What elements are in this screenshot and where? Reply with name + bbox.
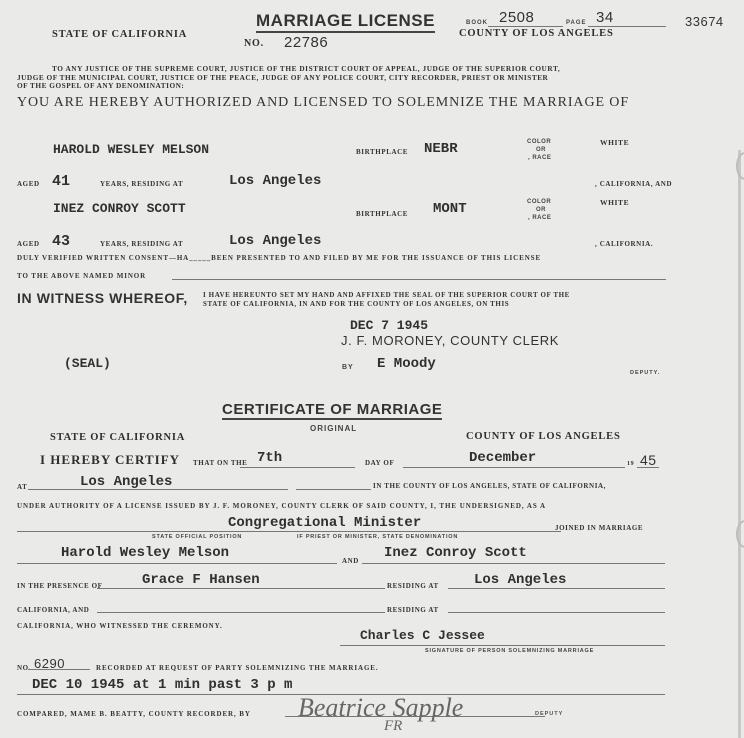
witness-heading: IN WITNESS WHEREOF,: [17, 290, 188, 306]
book-label: BOOK: [466, 20, 488, 26]
marriage-place: Los Angeles: [80, 474, 172, 490]
by-label: BY: [342, 364, 354, 371]
deputy-handwritten-signature: Beatrice Sapple: [298, 693, 463, 723]
authorization-text: YOU ARE HEREBY AUTHORIZED AND LICENSED T…: [17, 95, 629, 111]
groom-aged-label: AGED: [17, 180, 40, 188]
groom-race: WHITE: [600, 138, 629, 147]
certify-text: I HEREBY CERTIFY: [40, 452, 180, 468]
certificate-county: COUNTY OF LOS ANGELES: [466, 431, 621, 442]
at-label: AT: [17, 483, 27, 491]
license-number: 22786: [284, 34, 328, 51]
position-caption-2: IF PRIEST OR MINISTER, STATE DENOMINATIO…: [297, 534, 458, 540]
certificate-title: CERTIFICATE OF MARRIAGE: [222, 401, 442, 420]
groom-age: 41: [52, 173, 70, 190]
license-state: STATE OF CALIFORNIA: [52, 29, 187, 40]
witnessed-text: CALIFORNIA, WHO WITNESSED THE CEREMONY.: [17, 622, 223, 630]
witness-1-residence: Los Angeles: [474, 572, 566, 588]
day-of-label: DAY OF: [365, 459, 394, 467]
bride-color-label-3: , RACE: [528, 215, 551, 221]
groom-residence-suffix: , CALIFORNIA, AND: [595, 180, 672, 188]
marriage-year: 45: [640, 452, 657, 468]
address-line-1: TO ANY JUSTICE OF THE SUPREME COURT, JUS…: [52, 64, 560, 73]
bride-residence-suffix: , CALIFORNIA.: [595, 240, 653, 248]
recorded-datetime: DEC 10 1945 at 1 min past 3 p m: [32, 677, 292, 693]
bride-race: WHITE: [600, 198, 629, 207]
signature-caption: SIGNATURE OF PERSON SOLEMNIZING MARRIAGE: [425, 648, 594, 654]
authority-text: UNDER AUTHORITY OF A LICENSE ISSUED BY J…: [17, 502, 546, 510]
officiant-position: Congregational Minister: [228, 515, 421, 531]
certificate-state: STATE OF CALIFORNIA: [50, 432, 185, 443]
page-label: PAGE: [566, 20, 587, 26]
place-suffix: IN THE COUNTY OF LOS ANGELES, STATE OF C…: [373, 482, 606, 490]
bride-color-label-2: OR: [536, 207, 546, 213]
certificate-bride: Inez Conroy Scott: [384, 545, 527, 561]
groom-birthplace-label: BIRTHPLACE: [356, 148, 408, 156]
officiant-signature: Charles C Jessee: [360, 628, 485, 643]
license-no-label: NO.: [244, 38, 264, 49]
address-line-3: OF THE GOSPEL OF ANY DENOMINATION:: [17, 81, 184, 90]
page-binding-edge: [738, 150, 741, 738]
california-and-label: CALIFORNIA, AND: [17, 606, 89, 614]
deputy-label: DEPUTY.: [630, 370, 660, 376]
groom-color-label-1: COLOR: [527, 139, 551, 145]
groom-color-label-3: , RACE: [528, 155, 551, 161]
groom-name: HAROLD WESLEY MELSON: [53, 142, 209, 157]
page-number: 34: [596, 9, 614, 26]
joined-label: JOINED IN MARRIAGE: [555, 524, 643, 532]
county-clerk: J. F. MORONEY, COUNTY CLERK: [341, 333, 559, 348]
witness-1-name: Grace F Hansen: [142, 572, 260, 588]
bride-residence: Los Angeles: [229, 233, 321, 249]
bride-name: INEZ CONROY SCOTT: [53, 201, 186, 216]
groom-birthplace: NEBR: [424, 141, 458, 157]
bride-age: 43: [52, 233, 70, 250]
deputy-name: E Moody: [377, 356, 436, 372]
deputy-initials: FR: [384, 718, 402, 735]
recorded-text: RECORDED AT REQUEST OF PARTY SOLEMNIZING…: [96, 664, 379, 672]
witness-text-2: STATE OF CALIFORNIA, IN AND FOR THE COUN…: [203, 300, 509, 308]
minor-consent-text: TO THE ABOVE NAMED MINOR: [17, 272, 146, 280]
groom-residing-label: YEARS, RESIDING AT: [100, 180, 183, 188]
witness-text-1: I HAVE HEREUNTO SET MY HAND AND AFFIXED …: [203, 291, 570, 299]
witness-2-residing-label: RESIDING AT: [387, 606, 439, 614]
year-prefix: 19: [627, 461, 634, 467]
certificate-groom: Harold Wesley Melson: [61, 545, 229, 561]
document-number: 33674: [685, 14, 724, 29]
book-number: 2508: [499, 9, 534, 26]
bride-birthplace-label: BIRTHPLACE: [356, 210, 408, 218]
and-label: AND: [342, 557, 359, 565]
groom-color-label-2: OR: [536, 147, 546, 153]
position-caption-1: STATE OFFICIAL POSITION: [152, 534, 242, 540]
consent-text: DULY VERIFIED WRITTEN CONSENT—HA_____BEE…: [17, 254, 541, 262]
recording-deputy-label: DEPUTY: [535, 711, 563, 717]
that-on-label: THAT ON THE: [193, 459, 247, 467]
marriage-month: December: [469, 450, 536, 466]
bride-birthplace: MONT: [433, 201, 467, 217]
bride-residing-label: YEARS, RESIDING AT: [100, 240, 183, 248]
bride-color-label-1: COLOR: [527, 199, 551, 205]
compared-text: COMPARED, MAME B. BEATTY, COUNTY RECORDE…: [17, 710, 251, 718]
license-title: MARRIAGE LICENSE: [256, 11, 435, 33]
license-county: COUNTY OF LOS ANGELES: [459, 28, 614, 39]
bride-aged-label: AGED: [17, 240, 40, 248]
presence-label: IN THE PRESENCE OF: [17, 582, 103, 590]
marriage-license-document: MARRIAGE LICENSE STATE OF CALIFORNIA NO.…: [0, 0, 744, 738]
witness-1-residing-label: RESIDING AT: [387, 582, 439, 590]
seal-label: (SEAL): [64, 356, 111, 371]
certificate-subtitle: ORIGINAL: [310, 424, 357, 433]
record-no-label: NO.: [17, 664, 31, 672]
groom-residence: Los Angeles: [229, 173, 321, 189]
marriage-day: 7th: [257, 450, 282, 466]
issue-date: DEC 7 1945: [350, 318, 428, 333]
